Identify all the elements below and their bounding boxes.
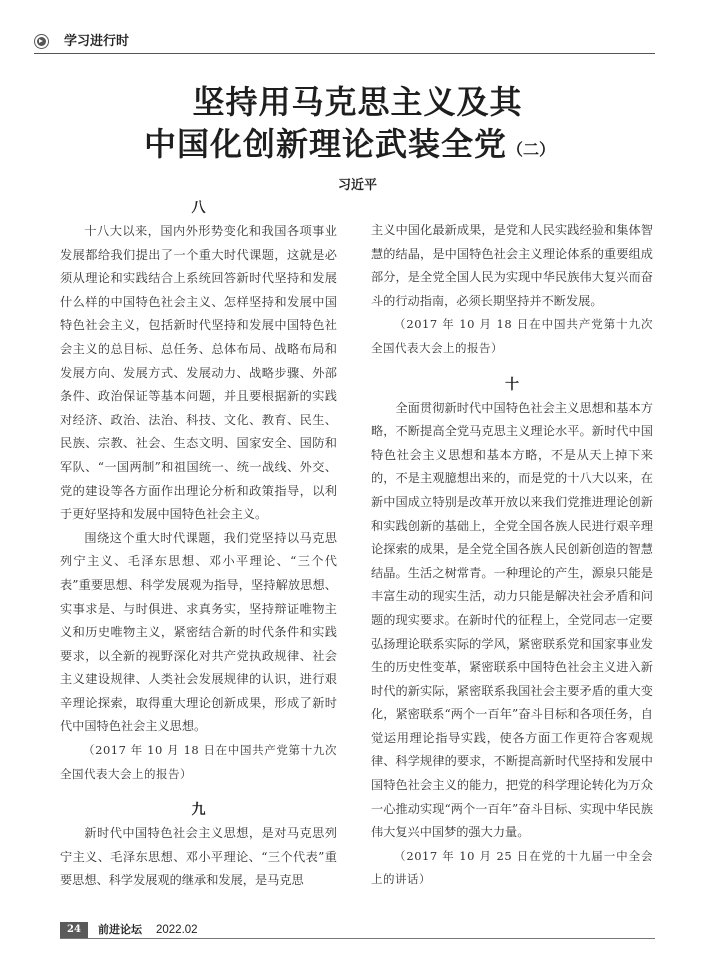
section-heading-9: 九 bbox=[60, 798, 337, 822]
source-note: （2017 年 10 月 18 日在中国共产党第十九次全国代表大会上的报告） bbox=[371, 313, 653, 360]
page-footer: 24 前进论坛 2022.02 bbox=[60, 922, 655, 939]
title-part-suffix: （二） bbox=[507, 140, 555, 159]
paragraph: 全面贯彻新时代中国特色社会主义思想和基本方略，不断提高全党马克思主义理论水平。新… bbox=[371, 397, 653, 845]
section-label: 学习进行时 bbox=[64, 33, 129, 51]
source-note: （2017 年 10 月 18 日在中国共产党第十九次全国代表大会上的报告） bbox=[60, 739, 337, 786]
author: 习近平 bbox=[0, 174, 715, 193]
paragraph: 新时代中国特色社会主义思想，是对马克思列宁主义、毛泽东思想、邓小平理论、“三个代… bbox=[60, 822, 337, 893]
issue-date: 2022.02 bbox=[156, 922, 198, 938]
article-title-line2: 中国化创新理论武装全党（二） bbox=[0, 124, 707, 170]
title-main: 中国化创新理论武装全党 bbox=[144, 125, 507, 163]
arrow-circle-icon bbox=[34, 34, 49, 49]
page-number: 24 bbox=[60, 922, 88, 938]
paragraph-continued: 主义中国化最新成果，是党和人民实践经验和集体智慧的结晶，是中国特色社会主义理论体… bbox=[371, 219, 653, 313]
section-heading-10: 十 bbox=[371, 373, 653, 397]
left-column: 八 十八大以来，国内外形势变化和我国各项事业发展都给我们提出了一个重大时代课题，… bbox=[60, 196, 337, 893]
journal-name: 前进论坛 bbox=[98, 922, 142, 938]
paragraph: 围绕这个重大时代课题，我们党坚持以马克思列宁主义、毛泽东思想、邓小平理论、“三个… bbox=[60, 527, 337, 739]
article-title-line1: 坚持用马克思主义及其 bbox=[0, 82, 715, 122]
running-header: 学习进行时 bbox=[34, 33, 655, 54]
section-heading-8: 八 bbox=[60, 196, 337, 220]
source-note: （2017 年 10 月 25 日在党的十九届一中全会上的讲话） bbox=[371, 845, 653, 892]
right-column: 主义中国化最新成果，是党和人民实践经验和集体智慧的结晶，是中国特色社会主义理论体… bbox=[371, 219, 653, 892]
paragraph: 十八大以来，国内外形势变化和我国各项事业发展都给我们提出了一个重大时代课题，这就… bbox=[60, 220, 337, 527]
